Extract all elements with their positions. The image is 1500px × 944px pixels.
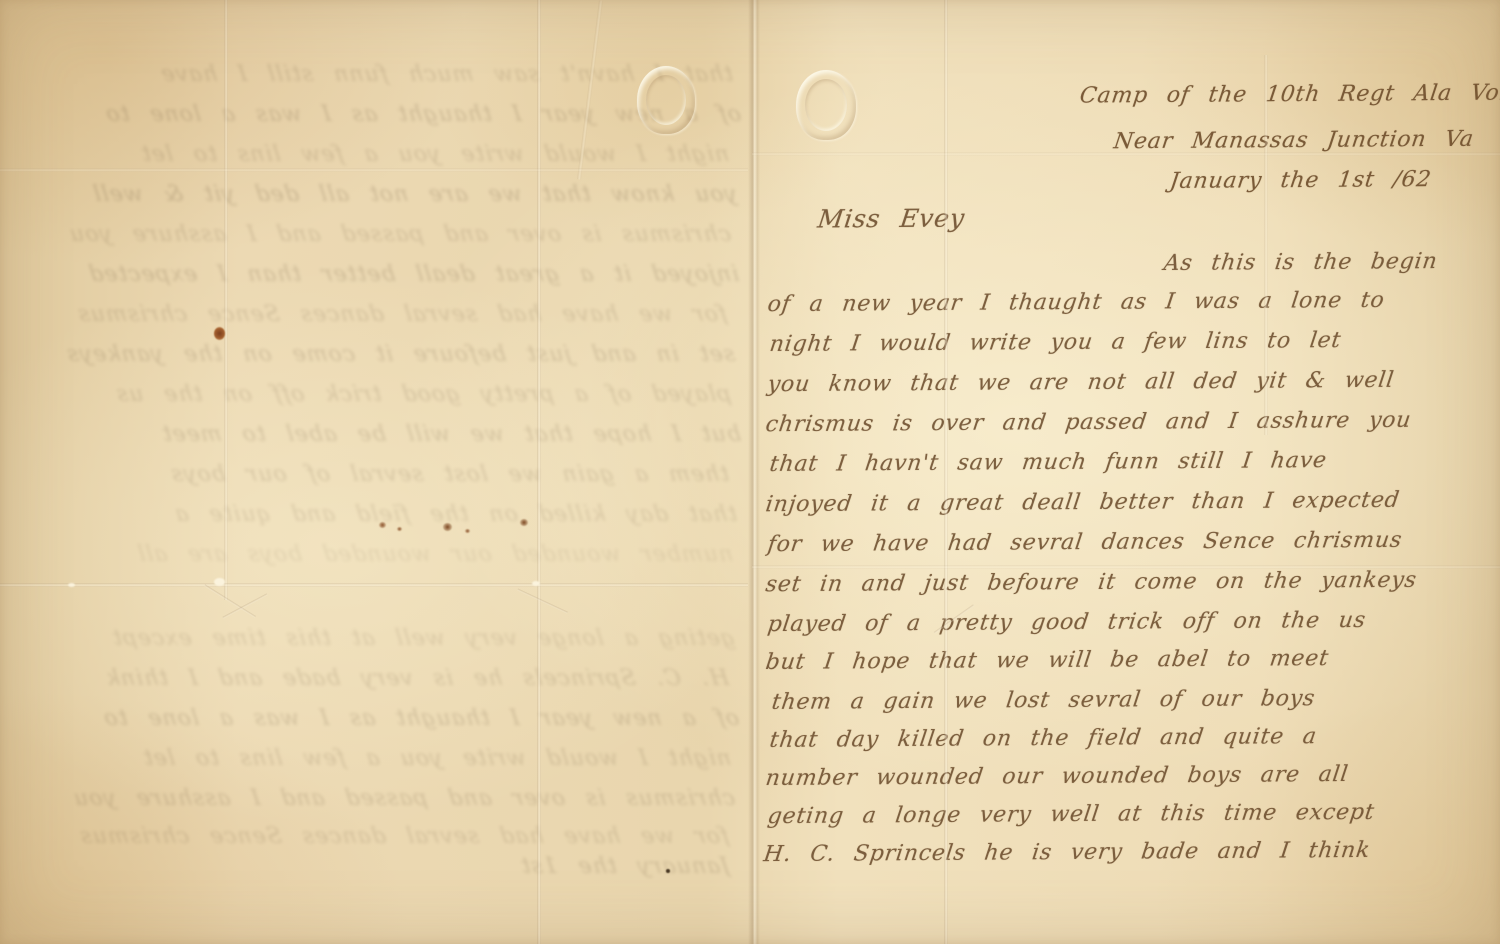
show-through-line: number wounded our wounded boys are all xyxy=(16,544,734,566)
show-through-line: night I would write you a few lins to le… xyxy=(12,144,730,166)
show-through-line: set in and just befoure it come on the y… xyxy=(18,344,736,366)
header-camp-line: Camp of the 10th Regt Ala Vols xyxy=(1078,82,1500,107)
ink-stain xyxy=(214,327,225,340)
header-location-line: Near Manassas Junction Va xyxy=(1112,129,1475,154)
header-date-line: January the 1st /62 xyxy=(1168,169,1432,193)
show-through-line: of a new year I thaught as I was a lone … xyxy=(24,104,742,126)
fold-crease-vertical xyxy=(537,0,541,944)
show-through-line: of a new year I thaught as I was a lone … xyxy=(22,708,740,730)
show-through-line: played of a pretty good trick off on the… xyxy=(14,384,732,406)
paper-damage-speck xyxy=(214,578,225,586)
center-fold-crease xyxy=(748,0,760,944)
body-line: that day killed on the field and quite a xyxy=(768,726,1318,752)
rust-spot xyxy=(379,522,386,528)
paper-damage-speck xyxy=(68,583,75,587)
rust-spot xyxy=(443,523,452,531)
show-through-line: night I would write you a few lins to le… xyxy=(14,748,732,770)
body-line: you know that we are not all ded yit & w… xyxy=(766,370,1395,396)
body-line: injoyed it a great deall better than I e… xyxy=(764,490,1401,516)
show-through-line: for we have had sevral dances Sence chri… xyxy=(12,826,730,848)
rust-spot xyxy=(520,519,528,526)
body-line: of a new year I thaught as I was a lone … xyxy=(766,290,1386,316)
show-through-line: them a gain we lost sevral of our boys xyxy=(12,464,730,486)
body-line: chrismus is over and passed and I asshur… xyxy=(764,410,1412,437)
rust-spot xyxy=(465,529,470,533)
show-through-line: injoyed it a great deall better than I e… xyxy=(22,264,740,286)
body-line: that I havn't saw much funn still I have xyxy=(768,450,1328,476)
show-through-line: that I havn't saw much funn still I have xyxy=(16,64,734,86)
embossed-seal-left xyxy=(637,66,695,134)
fold-crease-vertical xyxy=(944,0,948,944)
fold-crease-vertical xyxy=(224,0,228,600)
right-page: Camp of the 10th Regt Ala Vols Near Mana… xyxy=(752,0,1500,944)
show-through-line: you know that we are not all ded yit & w… xyxy=(20,184,738,206)
fold-crease-horizontal xyxy=(752,152,1500,156)
fold-crease-vertical xyxy=(1264,55,1268,435)
show-through-line: but I hope that we will be abel to meet xyxy=(24,424,742,446)
fold-crease-horizontal xyxy=(0,168,748,172)
left-page: that I havn't saw much funn still I have… xyxy=(0,0,748,944)
body-line: set in and just befoure it come on the y… xyxy=(764,570,1418,597)
body-line: number wounded our wounded boys are all xyxy=(764,764,1349,790)
body-line: but I hope that we will be abel to meet xyxy=(764,648,1330,674)
paper-damage-speck xyxy=(532,581,540,586)
show-through-line: chrismus is over and passed and I asshur… xyxy=(14,224,732,246)
body-line: for we have had sevral dances Sence chri… xyxy=(766,530,1403,556)
body-line: played of a pretty good trick off on the… xyxy=(766,610,1367,636)
body-line: night I would write you a few lins to le… xyxy=(768,330,1342,356)
show-through-line: for we have had sevral dances Sence chri… xyxy=(10,304,728,326)
fold-crease-horizontal xyxy=(752,565,1500,569)
show-through-line: H. C. Sprincels he is very bade and I th… xyxy=(12,668,730,690)
body-line: them a gain we lost sevral of our boys xyxy=(770,688,1316,714)
show-through-signature: January the 1st /62 xyxy=(518,856,731,878)
letter-scan: that I havn't saw much funn still I have… xyxy=(0,0,1500,944)
show-through-line: geting a longe very well at this time ex… xyxy=(18,628,736,650)
body-line: H. C. Sprincels he is very bade and I th… xyxy=(762,840,1371,866)
fold-crease-horizontal xyxy=(0,583,748,587)
show-through-line: chrismus is over and passed and I asshur… xyxy=(18,788,736,810)
embossed-seal-right xyxy=(796,70,856,140)
body-line: geting a longe very well at this time ex… xyxy=(766,802,1376,828)
rust-spot xyxy=(397,527,402,531)
dark-speck xyxy=(666,869,670,873)
body-line: As this is the begin xyxy=(1162,251,1438,275)
